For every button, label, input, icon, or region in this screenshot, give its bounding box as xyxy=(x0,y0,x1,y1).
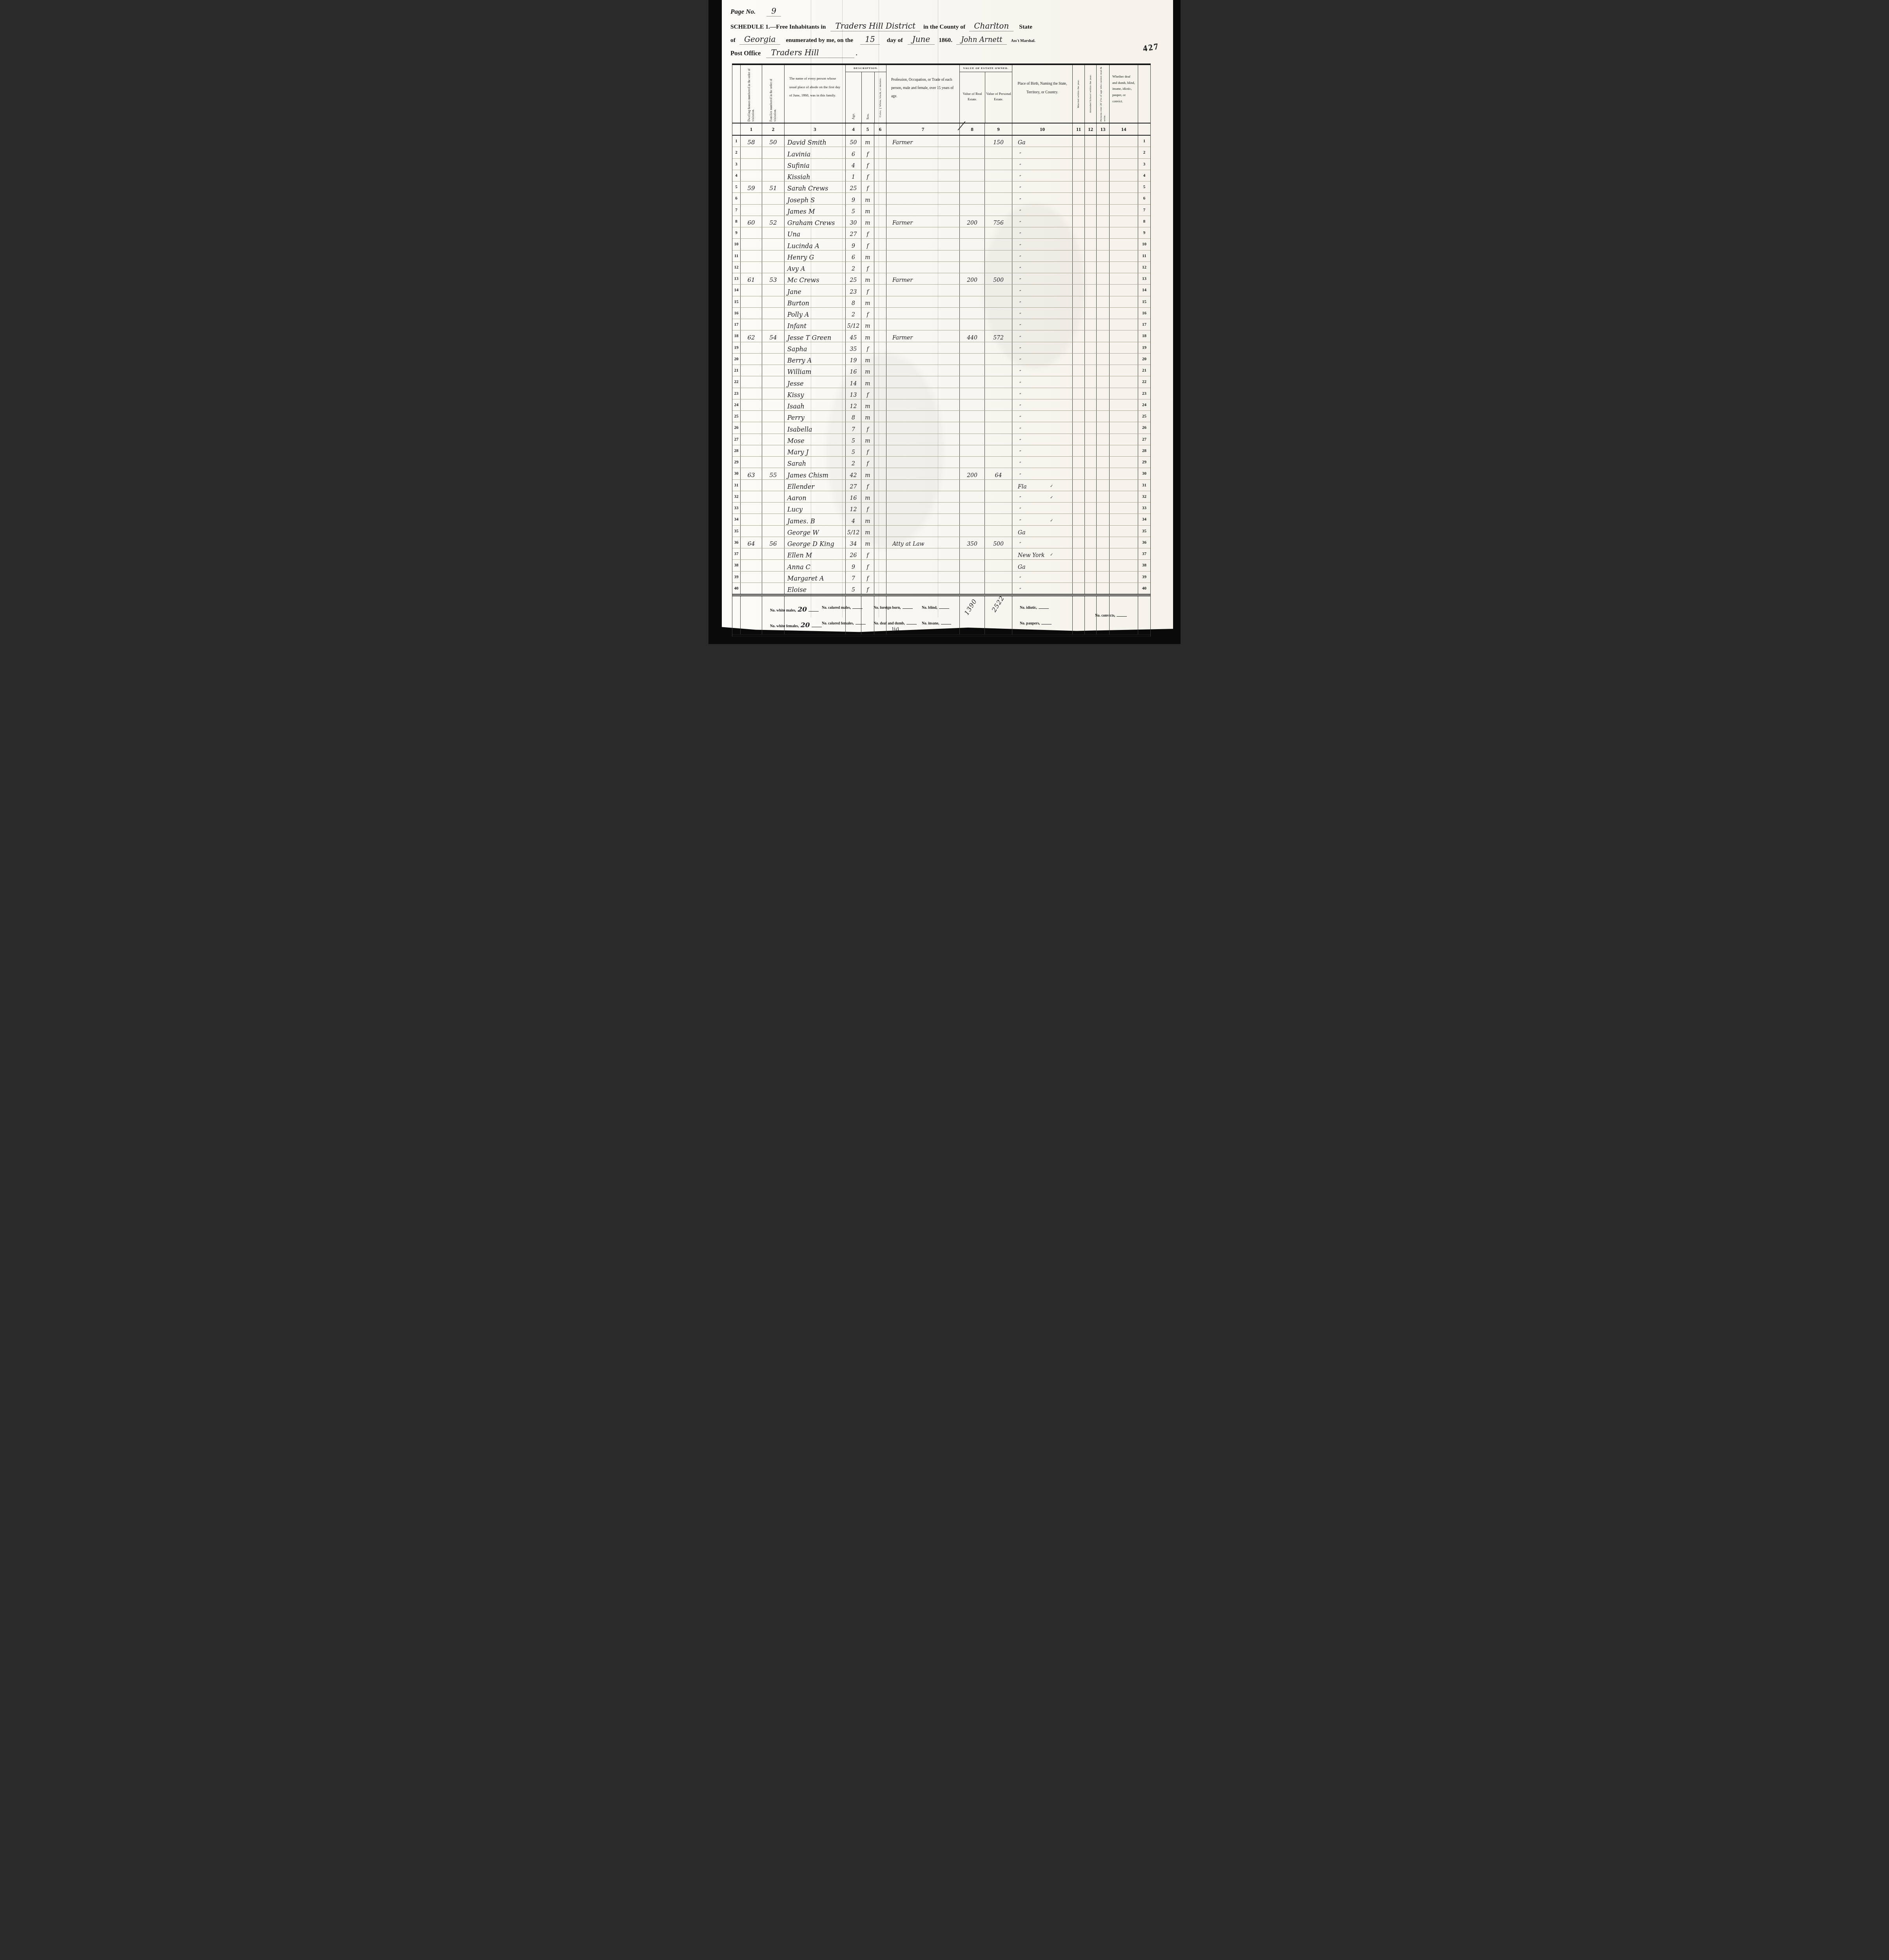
person-name: Lucy xyxy=(784,503,845,514)
sex-value: f xyxy=(861,388,874,399)
person-name: Lavinia xyxy=(784,147,845,158)
cannot-read-value xyxy=(1096,205,1109,216)
real-estate-value: 200 xyxy=(959,468,984,479)
row-number-right: 22 xyxy=(1138,376,1150,387)
married-value xyxy=(1072,342,1084,353)
row-number-right: 40 xyxy=(1138,583,1150,594)
row-number-left: 21 xyxy=(732,365,740,376)
school-value xyxy=(1084,548,1096,559)
color-value xyxy=(874,422,886,433)
age-value: 42 xyxy=(845,468,861,479)
post-office-line: Post Office Traders Hill . xyxy=(730,48,857,57)
occupation-value xyxy=(886,376,959,387)
birthplace-value: ″ xyxy=(1012,411,1072,422)
family-number: 54 xyxy=(762,330,784,341)
real-estate-value xyxy=(959,422,984,433)
personal-estate-value xyxy=(984,319,1012,330)
row-number-right: 36 xyxy=(1138,537,1150,548)
personal-estate-value xyxy=(984,422,1012,433)
personal-estate-value xyxy=(984,296,1012,307)
age-value: 2 xyxy=(845,308,861,319)
deaf-dumb-value xyxy=(1109,308,1138,319)
school-value xyxy=(1084,365,1096,376)
sex-value: m xyxy=(861,330,874,341)
family-number xyxy=(762,445,784,456)
real-estate-value xyxy=(959,296,984,307)
row-number-left: 27 xyxy=(732,434,740,445)
occupation-value xyxy=(886,319,959,330)
header-rownum-left xyxy=(732,65,740,123)
birthplace-value: ″ xyxy=(1012,330,1072,341)
age-value: 16 xyxy=(845,491,861,502)
family-number xyxy=(762,354,784,365)
occupation-value: Farmer xyxy=(886,216,959,227)
school-value xyxy=(1084,239,1096,250)
family-number xyxy=(762,147,784,158)
table-row: 4Kissiah1f″4 xyxy=(732,170,1150,181)
table-row: 32Aaron16m″✓32 xyxy=(732,491,1150,503)
table-header: Dwelling-houses numbered in the order of… xyxy=(732,65,1150,123)
real-estate-value: 200 xyxy=(959,273,984,284)
row-number-left: 3 xyxy=(732,159,740,170)
school-value xyxy=(1084,342,1096,353)
row-number-left: 7 xyxy=(732,205,740,216)
personal-estate-value: 150 xyxy=(984,136,1012,147)
color-value xyxy=(874,136,886,147)
real-estate-value xyxy=(959,411,984,422)
sex-value: f xyxy=(861,170,874,181)
deaf-dumb-value xyxy=(1109,365,1138,376)
color-value xyxy=(874,468,886,479)
cannot-read-value xyxy=(1096,445,1109,456)
family-number xyxy=(762,376,784,387)
table-row: 22Jesse14m″22 xyxy=(732,376,1150,388)
real-estate-value xyxy=(959,399,984,410)
school-value xyxy=(1084,572,1096,583)
cannot-read-value xyxy=(1096,250,1109,261)
birthplace-value: ″ xyxy=(1012,468,1072,479)
family-number xyxy=(762,572,784,583)
colnum-10: 10 xyxy=(1012,123,1072,135)
table-row: 10Lucinda A9f″10 xyxy=(732,239,1150,250)
family-number: 55 xyxy=(762,468,784,479)
scan-border-left xyxy=(708,0,722,644)
cannot-read-value xyxy=(1096,170,1109,181)
row-number-left: 35 xyxy=(732,526,740,537)
colnum-4: 4 xyxy=(845,123,861,135)
color-value xyxy=(874,514,886,525)
school-value xyxy=(1084,514,1096,525)
birthplace-value: ″ xyxy=(1012,159,1072,170)
person-name: Isaah xyxy=(784,399,845,410)
cannot-read-value xyxy=(1096,181,1109,192)
dwelling-number xyxy=(740,514,762,525)
family-number xyxy=(762,227,784,238)
real-estate-value xyxy=(959,239,984,250)
table-row: 2Lavinia6f″2 xyxy=(732,147,1150,158)
age-value: 16 xyxy=(845,365,861,376)
row-number-left: 1 xyxy=(732,136,740,147)
row-number-left: 38 xyxy=(732,560,740,571)
dwelling-number xyxy=(740,308,762,319)
age-value: 8 xyxy=(845,296,861,307)
dwelling-number xyxy=(740,480,762,491)
real-estate-value xyxy=(959,457,984,468)
real-estate-value xyxy=(959,376,984,387)
row-number-left: 32 xyxy=(732,491,740,502)
cannot-read-value xyxy=(1096,376,1109,387)
white-females-summary: No. white females,20 xyxy=(770,621,822,629)
family-number xyxy=(762,159,784,170)
occupation-value xyxy=(886,503,959,514)
marshal-signature: John Arnett xyxy=(956,36,1007,45)
row-number-right: 35 xyxy=(1138,526,1150,537)
deaf-dumb-value xyxy=(1109,411,1138,422)
birthplace-value: ″ xyxy=(1012,308,1072,319)
real-estate-value xyxy=(959,526,984,537)
table-row: 14Jane23f″14 xyxy=(732,285,1150,296)
personal-estate-value: 500 xyxy=(984,537,1012,548)
dwelling-number: 62 xyxy=(740,330,762,341)
married-value xyxy=(1072,354,1084,365)
personal-estate-value: 64 xyxy=(984,468,1012,479)
school-value xyxy=(1084,411,1096,422)
deaf-dumb-value xyxy=(1109,583,1138,594)
table-body: 15850David Smith50mFarmer150Ga12Lavinia6… xyxy=(732,136,1150,595)
check-mark: ✓ xyxy=(1050,495,1053,500)
deaf-dumb-value xyxy=(1109,170,1138,181)
birthplace-value: ″ xyxy=(1012,262,1072,273)
person-name: George D King xyxy=(784,537,845,548)
deaf-dumb-value xyxy=(1109,285,1138,296)
age-value: 25 xyxy=(845,181,861,192)
occupation-value xyxy=(886,491,959,502)
stamp-number: 427 xyxy=(1142,41,1160,54)
cannot-read-value xyxy=(1096,411,1109,422)
cannot-read-value xyxy=(1096,572,1109,583)
cannot-read-value xyxy=(1096,342,1109,353)
married-value xyxy=(1072,262,1084,273)
occupation-value xyxy=(886,468,959,479)
cannot-read-value xyxy=(1096,239,1109,250)
married-value xyxy=(1072,445,1084,456)
married-value xyxy=(1072,239,1084,250)
birthplace-value: ″ xyxy=(1012,342,1072,353)
family-number xyxy=(762,457,784,468)
personal-estate-value xyxy=(984,239,1012,250)
colnum-spacer xyxy=(732,123,740,135)
family-number xyxy=(762,250,784,261)
birthplace-value: ″ xyxy=(1012,422,1072,433)
dwelling-number xyxy=(740,491,762,502)
age-value: 34 xyxy=(845,537,861,548)
family-number xyxy=(762,285,784,296)
person-name: Kissy xyxy=(784,388,845,399)
occupation-value xyxy=(886,480,959,491)
sex-value: m xyxy=(861,193,874,204)
person-name: Jesse xyxy=(784,376,845,387)
family-number xyxy=(762,422,784,433)
family-number xyxy=(762,399,784,410)
row-number-right: 33 xyxy=(1138,503,1150,514)
dwelling-number xyxy=(740,376,762,387)
colored-males-summary: No. colored males, xyxy=(822,606,863,610)
personal-estate-value xyxy=(984,548,1012,559)
colnum-11: 11 xyxy=(1072,123,1084,135)
row-number-right: 23 xyxy=(1138,388,1150,399)
married-value xyxy=(1072,514,1084,525)
deaf-dumb-summary: No. deaf and dumb, xyxy=(874,621,917,626)
age-value: 5 xyxy=(845,205,861,216)
blind-summary: No. blind, xyxy=(922,606,949,610)
table-row: 15850David Smith50mFarmer150Ga1 xyxy=(732,136,1150,147)
row-number-left: 11 xyxy=(732,250,740,261)
cannot-read-value xyxy=(1096,273,1109,284)
occupation-value xyxy=(886,560,959,571)
cannot-read-value xyxy=(1096,319,1109,330)
school-value xyxy=(1084,457,1096,468)
sex-value: f xyxy=(861,227,874,238)
person-name: Isabella xyxy=(784,422,845,433)
personal-estate-value xyxy=(984,445,1012,456)
real-estate-value xyxy=(959,227,984,238)
personal-estate-value xyxy=(984,262,1012,273)
real-estate-value xyxy=(959,583,984,594)
cannot-read-value xyxy=(1096,457,1109,468)
dwelling-number xyxy=(740,147,762,158)
personal-estate-value xyxy=(984,480,1012,491)
occupation-value xyxy=(886,445,959,456)
deaf-dumb-value xyxy=(1109,273,1138,284)
header-personal-estate: Value of Personal Estate. xyxy=(985,72,1012,123)
personal-estate-value xyxy=(984,227,1012,238)
occupation-value: Atty at Law xyxy=(886,537,959,548)
person-name: Mose xyxy=(784,434,845,445)
cannot-read-value xyxy=(1096,468,1109,479)
age-value: 5 xyxy=(845,445,861,456)
cannot-read-value xyxy=(1096,147,1109,158)
birthplace-value: ″ xyxy=(1012,205,1072,216)
deaf-dumb-value xyxy=(1109,503,1138,514)
married-value xyxy=(1072,491,1084,502)
cannot-read-value xyxy=(1096,330,1109,341)
deaf-dumb-value xyxy=(1109,342,1138,353)
person-name: Sapha xyxy=(784,342,845,353)
dwelling-number xyxy=(740,354,762,365)
table-row: 306355James Chism42m20064″30 xyxy=(732,468,1150,479)
married-value xyxy=(1072,572,1084,583)
married-value xyxy=(1072,330,1084,341)
married-value xyxy=(1072,503,1084,514)
color-value xyxy=(874,365,886,376)
header-birthplace: Place of Birth, Naming the State, Territ… xyxy=(1012,65,1072,123)
row-number-right: 20 xyxy=(1138,354,1150,365)
family-number xyxy=(762,388,784,399)
birthplace-value: ″ xyxy=(1012,147,1072,158)
colnum-7: 7 ⁄ xyxy=(886,123,959,135)
family-number xyxy=(762,480,784,491)
sex-value: f xyxy=(861,445,874,456)
row-number-left: 25 xyxy=(732,411,740,422)
table-row: 11Henry G6m″11 xyxy=(732,250,1150,262)
person-name: Mc Crews xyxy=(784,273,845,284)
birthplace-value: ″ xyxy=(1012,239,1072,250)
sex-value: m xyxy=(861,354,874,365)
dwelling-number xyxy=(740,205,762,216)
person-name: Perry xyxy=(784,411,845,422)
school-value xyxy=(1084,205,1096,216)
age-value: 27 xyxy=(845,227,861,238)
dwelling-number xyxy=(740,365,762,376)
table-row: 19Sapha35f″19 xyxy=(732,342,1150,354)
colnum-14: 14 xyxy=(1109,123,1138,135)
deaf-dumb-value xyxy=(1109,480,1138,491)
family-number xyxy=(762,193,784,204)
occupation-value xyxy=(886,514,959,525)
age-value: 25 xyxy=(845,273,861,284)
family-number xyxy=(762,583,784,594)
person-name: Eloise xyxy=(784,583,845,594)
color-value xyxy=(874,572,886,583)
age-value: 5/12 xyxy=(845,319,861,330)
dwelling-number xyxy=(740,548,762,559)
personal-estate-value xyxy=(984,572,1012,583)
color-value xyxy=(874,445,886,456)
row-number-left: 23 xyxy=(732,388,740,399)
cannot-read-value xyxy=(1096,583,1109,594)
real-estate-value xyxy=(959,205,984,216)
real-estate-value: 350 xyxy=(959,537,984,548)
real-estate-value xyxy=(959,365,984,376)
color-value xyxy=(874,285,886,296)
age-value: 5 xyxy=(845,583,861,594)
personal-estate-value xyxy=(984,457,1012,468)
dwelling-number: 58 xyxy=(740,136,762,147)
person-name: James. B xyxy=(784,514,845,525)
occupation-value xyxy=(886,159,959,170)
age-value: 8 xyxy=(845,411,861,422)
sex-value: m xyxy=(861,537,874,548)
school-value xyxy=(1084,136,1096,147)
row-number-left: 40 xyxy=(732,583,740,594)
age-value: 6 xyxy=(845,250,861,261)
real-estate-value xyxy=(959,342,984,353)
row-number-right: 28 xyxy=(1138,445,1150,456)
color-value xyxy=(874,319,886,330)
family-number xyxy=(762,342,784,353)
color-value xyxy=(874,560,886,571)
colnum-5: 5 xyxy=(861,123,874,135)
color-value xyxy=(874,205,886,216)
color-value xyxy=(874,181,886,192)
colnum-9: 9 xyxy=(984,123,1012,135)
color-value xyxy=(874,273,886,284)
birthplace-value: ″ xyxy=(1012,388,1072,399)
occupation-value xyxy=(886,308,959,319)
cannot-read-value xyxy=(1096,480,1109,491)
married-value xyxy=(1072,296,1084,307)
row-number-left: 39 xyxy=(732,572,740,583)
table-row: 34James. B4m″✓34 xyxy=(732,514,1150,525)
day-value: 15 xyxy=(860,34,879,45)
school-value xyxy=(1084,583,1096,594)
sex-value: f xyxy=(861,583,874,594)
married-value xyxy=(1072,583,1084,594)
married-value xyxy=(1072,319,1084,330)
table-row: 24Isaah12m″24 xyxy=(732,399,1150,411)
color-value xyxy=(874,491,886,502)
row-number-left: 5 xyxy=(732,181,740,192)
personal-estate-value xyxy=(984,170,1012,181)
age-value: 4 xyxy=(845,159,861,170)
personal-estate-value xyxy=(984,434,1012,445)
row-number-left: 12 xyxy=(732,262,740,273)
color-value xyxy=(874,411,886,422)
colnum-3: 3 xyxy=(784,123,845,135)
cannot-read-value xyxy=(1096,296,1109,307)
sex-value: m xyxy=(861,399,874,410)
color-value xyxy=(874,457,886,468)
birthplace-value: Fla✓ xyxy=(1012,480,1072,491)
color-value xyxy=(874,159,886,170)
age-value: 4 xyxy=(845,514,861,525)
age-value: 6 xyxy=(845,147,861,158)
row-number-left: 6 xyxy=(732,193,740,204)
family-number xyxy=(762,514,784,525)
real-estate-value xyxy=(959,445,984,456)
personal-estate-value xyxy=(984,250,1012,261)
row-number-right: 10 xyxy=(1138,239,1150,250)
deaf-dumb-value xyxy=(1109,193,1138,204)
deaf-dumb-value xyxy=(1109,434,1138,445)
age-value: 12 xyxy=(845,503,861,514)
deaf-dumb-value xyxy=(1109,514,1138,525)
dwelling-number xyxy=(740,572,762,583)
color-value xyxy=(874,480,886,491)
person-name: Avy A xyxy=(784,262,845,273)
personal-estate-value xyxy=(984,365,1012,376)
person-name: Joseph S xyxy=(784,193,845,204)
table-row: 33Lucy12f″33 xyxy=(732,503,1150,514)
deaf-dumb-value xyxy=(1109,262,1138,273)
cannot-read-value xyxy=(1096,503,1109,514)
sex-value: f xyxy=(861,503,874,514)
check-mark: ✓ xyxy=(1050,553,1053,557)
row-number-right: 34 xyxy=(1138,514,1150,525)
row-number-right: 11 xyxy=(1138,250,1150,261)
real-estate-value xyxy=(959,147,984,158)
age-value: 12 xyxy=(845,399,861,410)
state-value: Georgia xyxy=(739,34,781,45)
dwelling-number xyxy=(740,227,762,238)
person-name: Ellen M xyxy=(784,548,845,559)
dwelling-number xyxy=(740,159,762,170)
row-number-left: 19 xyxy=(732,342,740,353)
table-row: 27Mose5m″27 xyxy=(732,434,1150,445)
personal-estate-value xyxy=(984,193,1012,204)
post-office-period: . xyxy=(856,50,857,57)
deaf-dumb-value xyxy=(1109,239,1138,250)
birthplace-value: ″ xyxy=(1012,434,1072,445)
table-row: 15Burton8m″15 xyxy=(732,296,1150,308)
dwelling-number xyxy=(740,560,762,571)
dwelling-number xyxy=(740,319,762,330)
person-name: Jesse T Green xyxy=(784,330,845,341)
cannot-read-value xyxy=(1096,560,1109,571)
table-row: 23Kissy13f″23 xyxy=(732,388,1150,399)
birthplace-value: ″ xyxy=(1012,445,1072,456)
month-value: June xyxy=(908,34,935,45)
